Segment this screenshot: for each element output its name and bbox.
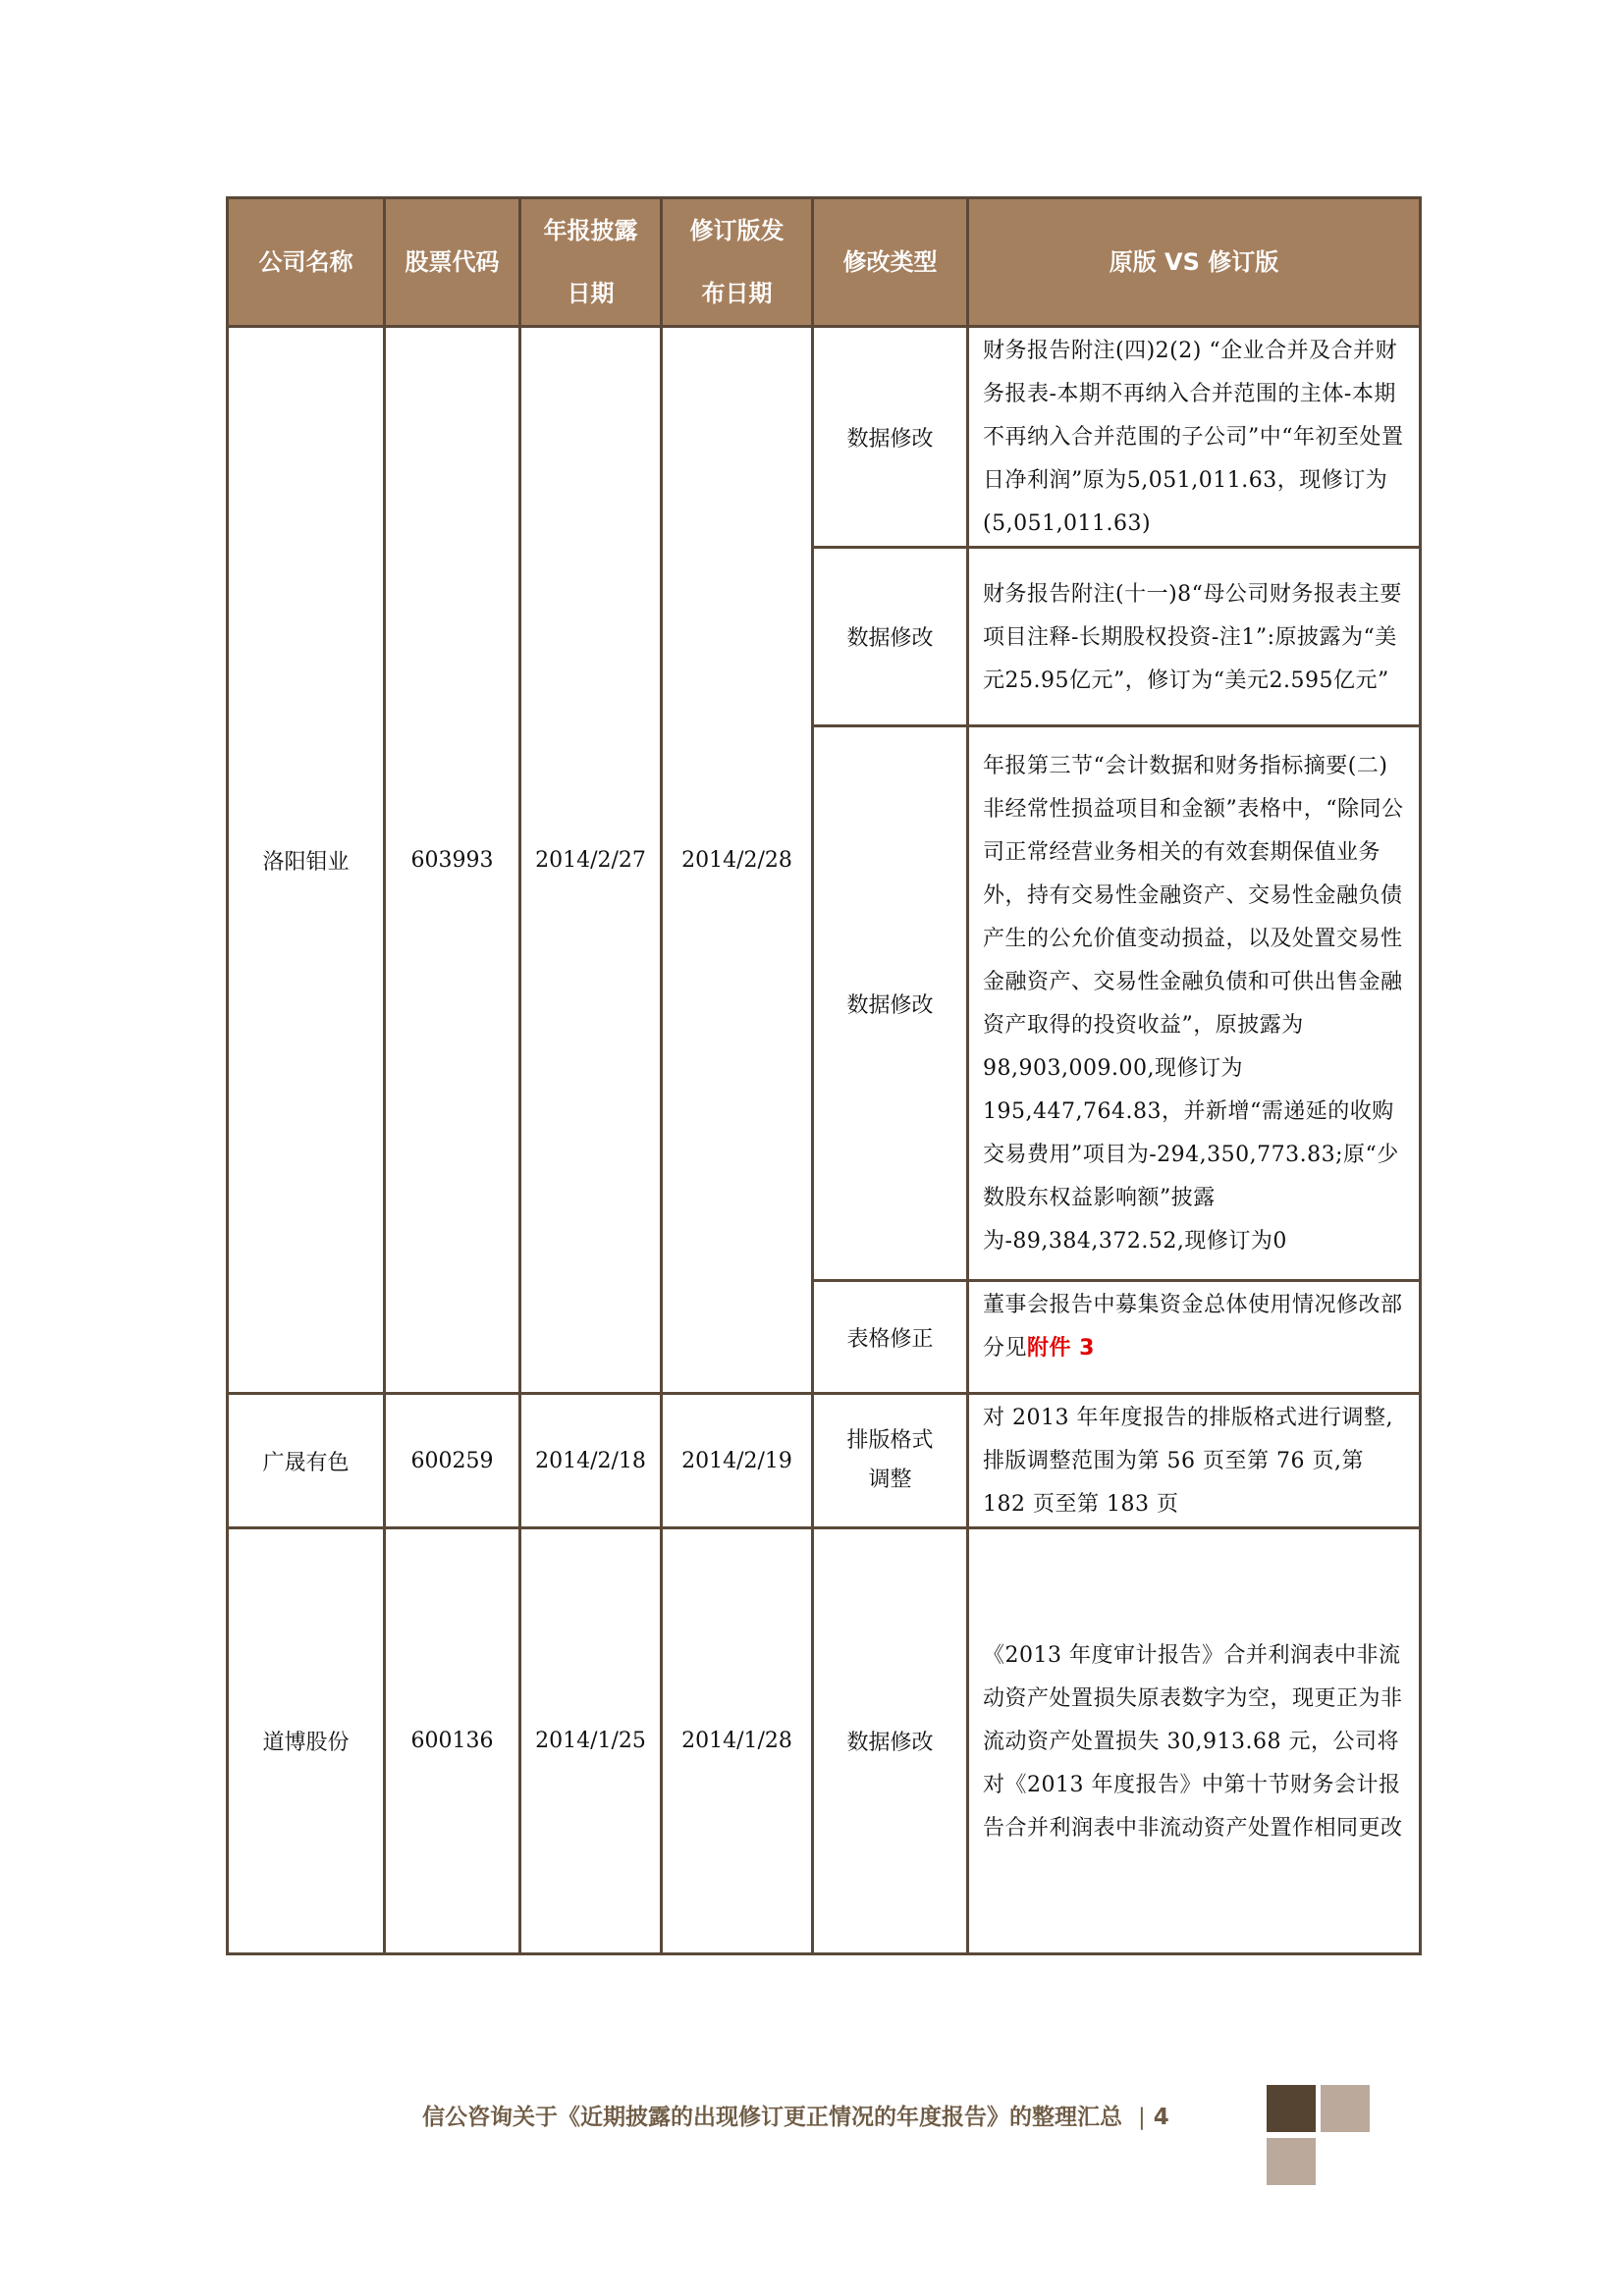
decorative-square-light xyxy=(1321,2085,1370,2132)
modification-desc: 财务报告附注(四)2(2) “企业合并及合并财务报表-本期不再纳入合并范围的主体… xyxy=(968,327,1421,548)
report-date: 2014/2/27 xyxy=(520,327,662,1394)
modification-desc: 对 2013 年年度报告的排版格式进行调整,排版调整范围为第 56 页至第 76… xyxy=(968,1394,1421,1528)
decorative-square-light xyxy=(1267,2138,1316,2185)
footer-separator: | xyxy=(1138,2105,1146,2130)
attachment-link[interactable]: 附件 3 xyxy=(1027,1336,1095,1361)
header-type: 修改类型 xyxy=(813,198,968,327)
stock-code: 600259 xyxy=(385,1394,520,1528)
modification-desc: 年报第三节“会计数据和财务指标摘要(二)非经常性损益项目和金额”表格中，“除同公… xyxy=(968,726,1421,1281)
decorative-square-dark xyxy=(1267,2085,1316,2132)
modification-type: 排版格式调整 xyxy=(813,1394,968,1528)
modification-desc: 董事会报告中募集资金总体使用情况修改部分见附件 3 xyxy=(968,1281,1421,1394)
stock-code: 600136 xyxy=(385,1528,520,1954)
header-company: 公司名称 xyxy=(228,198,385,327)
table-row: 广晟有色 600259 2014/2/18 2014/2/19 排版格式调整 对… xyxy=(228,1394,1421,1528)
stock-code: 603993 xyxy=(385,327,520,1394)
modification-type: 数据修改 xyxy=(813,726,968,1281)
revision-date: 2014/2/28 xyxy=(662,327,813,1394)
revision-date: 2014/2/19 xyxy=(662,1394,813,1528)
header-report-date: 年报披露日期 xyxy=(520,198,662,327)
modification-type: 数据修改 xyxy=(813,1528,968,1954)
modification-type: 数据修改 xyxy=(813,548,968,726)
modification-type: 表格修正 xyxy=(813,1281,968,1394)
report-date: 2014/1/25 xyxy=(520,1528,662,1954)
company-name: 广晟有色 xyxy=(228,1394,385,1528)
table-row: 洛阳钼业 603993 2014/2/27 2014/2/28 数据修改 财务报… xyxy=(228,327,1421,548)
header-compare: 原版 VS 修订版 xyxy=(968,198,1421,327)
table-row: 道博股份 600136 2014/1/25 2014/1/28 数据修改 《20… xyxy=(228,1528,1421,1954)
header-code: 股票代码 xyxy=(385,198,520,327)
report-date: 2014/2/18 xyxy=(520,1394,662,1528)
page-number: 4 xyxy=(1154,2105,1169,2130)
company-name: 道博股份 xyxy=(228,1528,385,1954)
revision-date: 2014/1/28 xyxy=(662,1528,813,1954)
company-name: 洛阳钼业 xyxy=(228,327,385,1394)
revision-summary-table: 公司名称 股票代码 年报披露日期 修订版发布日期 修改类型 原版 VS 修订版 … xyxy=(226,196,1422,1955)
header-revision-date: 修订版发布日期 xyxy=(662,198,813,327)
table-header-row: 公司名称 股票代码 年报披露日期 修订版发布日期 修改类型 原版 VS 修订版 xyxy=(228,198,1421,327)
modification-desc: 财务报告附注(十一)8“母公司财务报表主要项目注释-长期股权投资-注1”:原披露… xyxy=(968,548,1421,726)
footer-title: 信公咨询关于《近期披露的出现修订更正情况的年度报告》的整理汇总 | 4 xyxy=(422,2099,1169,2131)
modification-desc: 《2013 年度审计报告》合并利润表中非流动资产处置损失原表数字为空，现更正为非… xyxy=(968,1528,1421,1954)
modification-type: 数据修改 xyxy=(813,327,968,548)
